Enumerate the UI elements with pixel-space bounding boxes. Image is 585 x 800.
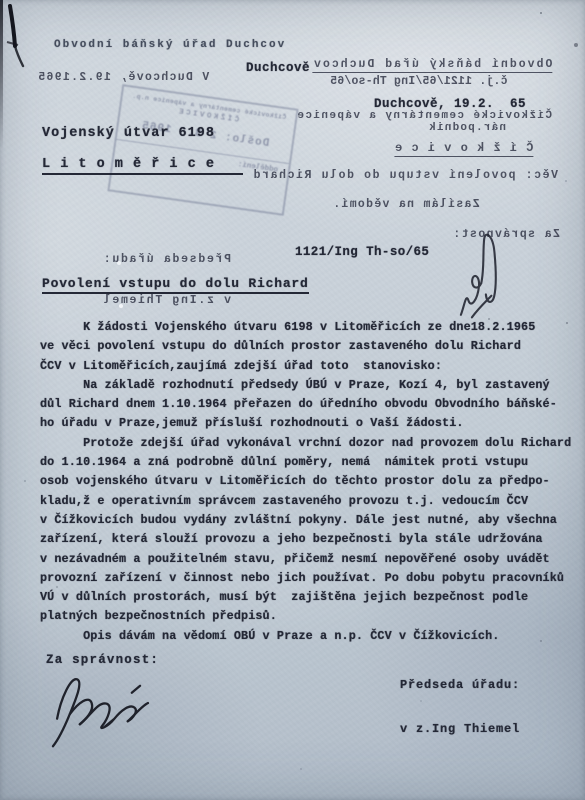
body-line: do 1.10.1964 a zná podrobně důlní poměry… — [40, 455, 574, 474]
offset-chairman-line1: Předseda úřadu: — [102, 253, 231, 267]
addressee-unit-line: Vojenský útvar 6198 — [42, 126, 215, 141]
body-line: osob vojenského útvaru v Litoměřicích do… — [40, 474, 574, 493]
date-line: Duchcově, 19.2. 65 — [374, 97, 526, 111]
place-word: Duchcově — [246, 61, 310, 75]
handwritten-signature — [34, 656, 187, 756]
offset-company-line2: nár.podnik — [428, 122, 506, 134]
incoming-stamp: Čížkovické cementárny a vápenice n.p. ČÍ… — [107, 84, 298, 216]
offset-note-line: Zasílám na vědomí. — [332, 198, 480, 211]
body-line: v Čížkovicích budou vydány zvláštní poky… — [40, 513, 574, 532]
chairman-line2: v z.Ing Thiemel — [400, 722, 520, 737]
incoming-stamp-text: Čížkovické cementárny a vápenice n.p. ČÍ… — [110, 86, 297, 213]
pen-mark-icon — [2, 2, 48, 82]
offset-company-line1: Čížkovické cementárny a vápenice — [296, 110, 552, 122]
subject-heading: Povolení vstupu do dolu Richard — [42, 276, 309, 294]
addressee-city-line: L i t o m ě ř i c e — [42, 157, 243, 175]
body-line: zařízení, která slouží provozu a jeho be… — [40, 532, 574, 551]
offset-city-spaced: Č í ž k o v i c e — [394, 141, 533, 157]
offset-date-left: V Duchcově, 19.2.1965 — [37, 71, 209, 84]
body-line: ho úřadu v Praze,jemuž přísluší rozhodno… — [40, 416, 574, 435]
letter-body: K žádosti Vojenského útvaru 6198 v Litom… — [40, 320, 574, 648]
chairman-line1: Předseda úřadu: — [400, 678, 520, 693]
body-line: ve věci povolení vstupu do důlních prost… — [40, 339, 574, 358]
body-line: ČCV v Litoměřicích,zaujímá zdejší úřad t… — [40, 359, 574, 378]
scanned-letter-page: Obvodní báňský úřad Duchcov Obvodní báňs… — [0, 0, 585, 800]
body-line: provozní zařízení v činnost nebo jich po… — [40, 571, 574, 590]
chairman-block: Předseda úřadu: v z.Ing Thiemel — [400, 649, 520, 765]
offset-subject-line: Věc: povolení vstupu do dolu Richard — [252, 169, 558, 182]
offset-addressee-line1: Obvodní báňský úřad Duchcov — [312, 58, 552, 73]
body-line: Opis dávám na vědomí OBÚ v Praze a n.p. … — [40, 629, 574, 648]
body-line: platných bezpečnostních předpisů. — [40, 609, 574, 628]
body-line: VÚ v důlních prostorách, musí být zajišt… — [40, 590, 574, 609]
body-line: K žádosti Vojenského útvaru 6198 v Litom… — [40, 320, 574, 339]
reference-number: 1121/Ing Th-so/65 — [295, 245, 429, 259]
body-line: Protože zdejší úřad vykonával vrchní doz… — [40, 436, 574, 455]
body-line: důl Richard dnem 1.10.1964 přeřazen do ú… — [40, 397, 574, 416]
body-line: Na základě rozhodnutí předsedy ÚBÚ v Pra… — [40, 378, 574, 397]
letterhead-office-line: Obvodní báňský úřad Duchcov — [54, 39, 286, 51]
offset-addressee-line2: č.j. 1121/65/Ing Th-so/65 — [330, 75, 508, 88]
body-line: kladu,ž e operativním správcem zastavené… — [40, 494, 574, 513]
offset-chairman-line2: v z.Ing Thiemel — [102, 294, 231, 308]
body-line: v nezávadném a použitelném stavu, přičem… — [40, 552, 574, 571]
